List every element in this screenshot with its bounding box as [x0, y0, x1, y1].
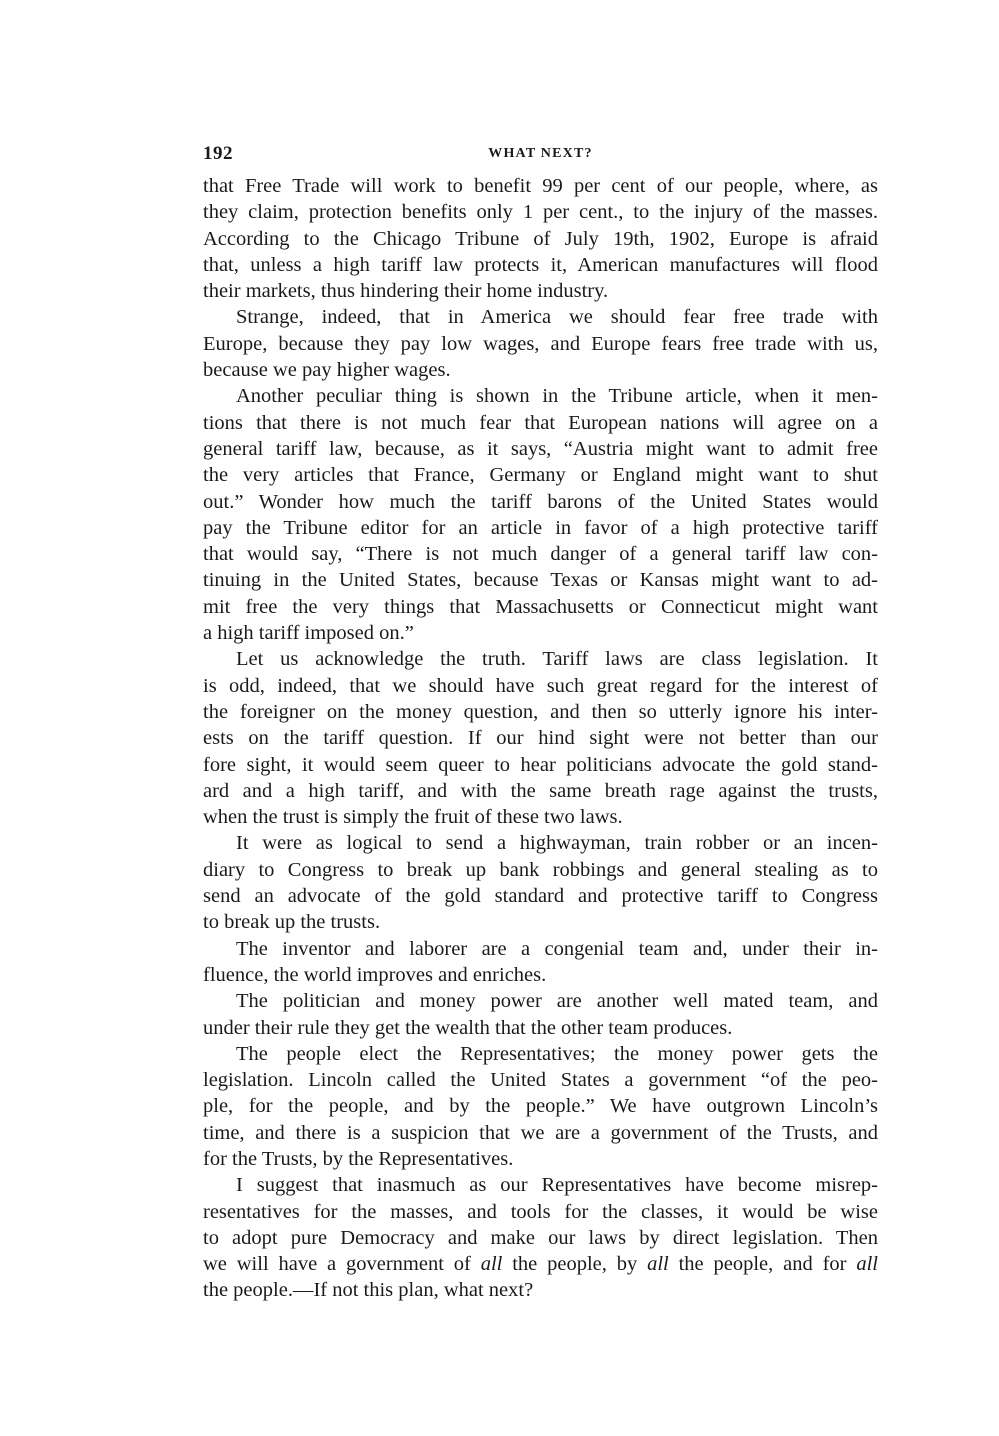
- text-line: tinuing in the United States, because Te…: [203, 567, 878, 593]
- text-line: their markets, thus hindering their home…: [203, 278, 878, 304]
- paragraph: I suggest that inasmuch as our Represent…: [203, 1172, 878, 1303]
- text-line: I suggest that inasmuch as our Represent…: [203, 1172, 878, 1198]
- text-line: fluence, the world improves and enriches…: [203, 962, 878, 988]
- running-head: 192 WHAT NEXT?: [203, 143, 878, 165]
- text-line: out.” Wonder how much the tariff barons …: [203, 489, 878, 515]
- text-line: Strange, indeed, that in America we shou…: [203, 304, 878, 330]
- text-line: under their rule they get the wealth tha…: [203, 1015, 878, 1041]
- text-line: time, and there is a suspicion that we a…: [203, 1120, 878, 1146]
- text-line: send an advocate of the gold standard an…: [203, 883, 878, 909]
- text-span: the people, and for: [669, 1253, 857, 1275]
- paragraph: The inventor and laborer are a congenial…: [203, 936, 878, 989]
- paragraph: Strange, indeed, that in America we shou…: [203, 304, 878, 383]
- text-line: the very articles that France, Germany o…: [203, 462, 878, 488]
- text-line: ard and a high tariff, and with the same…: [203, 778, 878, 804]
- text-line: for the Trusts, by the Representatives.: [203, 1146, 878, 1172]
- text-line: According to the Chicago Tribune of July…: [203, 226, 878, 252]
- text-line: to adopt pure Democracy and make our law…: [203, 1225, 878, 1251]
- text-span: we will have a government of: [203, 1253, 481, 1275]
- text-line: resentatives for the masses, and tools f…: [203, 1199, 878, 1225]
- text-line: the people.—If not this plan, what next?: [203, 1277, 878, 1303]
- text-line: fore sight, it would seem queer to hear …: [203, 752, 878, 778]
- body-text: that Free Trade will work to benefit 99 …: [203, 173, 878, 1304]
- text-line: because we pay higher wages.: [203, 357, 878, 383]
- running-title: WHAT NEXT?: [203, 146, 878, 162]
- text-line: they claim, protection benefits only 1 p…: [203, 199, 878, 225]
- text-line: ple, for the people, and by the people.”…: [203, 1093, 878, 1119]
- text-line: tions that there is not much fear that E…: [203, 410, 878, 436]
- paragraph: It were as logical to send a highwayman,…: [203, 830, 878, 935]
- text-line: that would say, “There is not much dange…: [203, 541, 878, 567]
- text-line: The people elect the Representatives; th…: [203, 1041, 878, 1067]
- text-line: It were as logical to send a highwayman,…: [203, 830, 878, 856]
- text-line: Let us acknowledge the truth. Tariff law…: [203, 646, 878, 672]
- text-line: a high tariff imposed on.”: [203, 620, 878, 646]
- text-line: The politician and money power are anoth…: [203, 988, 878, 1014]
- text-line: pay the Tribune editor for an article in…: [203, 515, 878, 541]
- emphasis: all: [647, 1253, 669, 1275]
- paragraph: Let us acknowledge the truth. Tariff law…: [203, 646, 878, 830]
- text-line: Europe, because they pay low wages, and …: [203, 331, 878, 357]
- text-line-emphasis: we will have a government of all the peo…: [203, 1251, 878, 1277]
- emphasis: all: [481, 1253, 503, 1275]
- text-line: legislation. Lincoln called the United S…: [203, 1067, 878, 1093]
- text-line: diary to Congress to break up bank robbi…: [203, 857, 878, 883]
- text-line: the foreigner on the money question, and…: [203, 699, 878, 725]
- paragraph: that Free Trade will work to benefit 99 …: [203, 173, 878, 304]
- text-span: the people, by: [502, 1253, 647, 1275]
- text-line: ests on the tariff question. If our hind…: [203, 725, 878, 751]
- text-line: to break up the trusts.: [203, 909, 878, 935]
- text-line: that, unless a high tariff law protects …: [203, 252, 878, 278]
- paragraph: The people elect the Representatives; th…: [203, 1041, 878, 1172]
- paragraph: Another peculiar thing is shown in the T…: [203, 383, 878, 646]
- text-line: The inventor and laborer are a congenial…: [203, 936, 878, 962]
- text-line: when the trust is simply the fruit of th…: [203, 804, 878, 830]
- paragraph: The politician and money power are anoth…: [203, 988, 878, 1041]
- emphasis: all: [856, 1253, 878, 1275]
- text-line: is odd, indeed, that we should have such…: [203, 673, 878, 699]
- text-line: mit free the very things that Massachuse…: [203, 594, 878, 620]
- text-line: general tariff law, because, as it says,…: [203, 436, 878, 462]
- text-line: that Free Trade will work to benefit 99 …: [203, 173, 878, 199]
- text-line: Another peculiar thing is shown in the T…: [203, 383, 878, 409]
